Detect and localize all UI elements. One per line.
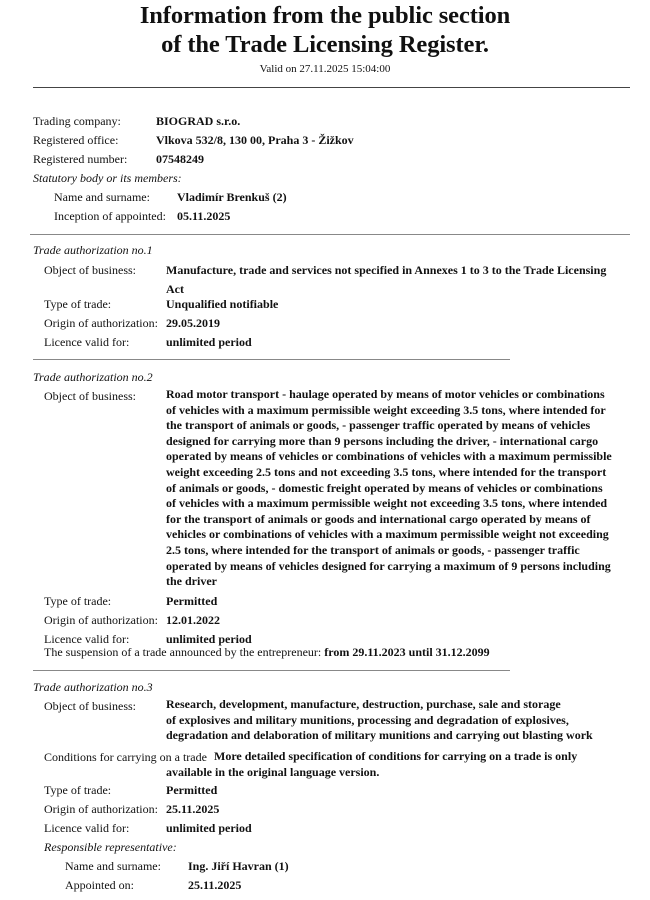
inception-label: Inception of appointed: — [54, 209, 166, 224]
type-of-trade-value: Unqualified notifiable — [166, 297, 278, 312]
statutory-body-label: Statutory body or its members: — [33, 171, 182, 186]
origin-value: 12.01.2022 — [166, 613, 220, 628]
section-divider — [30, 234, 630, 235]
origin-label: Origin of authorization: — [44, 316, 158, 331]
trading-company-value: BIOGRAD s.r.o. — [156, 114, 240, 129]
licence-label: Licence valid for: — [44, 821, 129, 836]
registered-number-value: 07548249 — [156, 152, 204, 167]
authorization-divider — [33, 359, 510, 360]
object-of-business-label: Object of business: — [44, 699, 136, 714]
header-divider — [33, 87, 630, 88]
registered-number-label: Registered number: — [33, 152, 127, 167]
object-of-business-value: Manufacture, trade and services not spec… — [166, 261, 636, 299]
object-of-business-label: Object of business: — [44, 389, 136, 404]
rep-name-value: Ing. Jiří Havran (1) — [188, 859, 289, 874]
origin-label: Origin of authorization: — [44, 613, 158, 628]
origin-label: Origin of authorization: — [44, 802, 158, 817]
object-of-business-value: Road motor transport - haulage operated … — [166, 387, 636, 590]
inception-value: 05.11.2025 — [177, 209, 230, 224]
registered-office-value: Vlkova 532/8, 130 00, Praha 3 - Žižkov — [156, 133, 354, 148]
appointed-on-value: 25.11.2025 — [188, 878, 241, 893]
type-of-trade-value: Permitted — [166, 594, 217, 609]
authorization-heading: Trade authorization no.2 — [33, 370, 153, 385]
title-line-1: Information from the public section — [0, 1, 650, 30]
origin-value: 29.05.2019 — [166, 316, 220, 331]
type-of-trade-label: Type of trade: — [44, 297, 111, 312]
trading-company-label: Trading company: — [33, 114, 121, 129]
type-of-trade-value: Permitted — [166, 783, 217, 798]
appointed-on-label: Appointed on: — [65, 878, 134, 893]
licence-value: unlimited period — [166, 335, 252, 350]
authorization-divider — [33, 670, 510, 671]
member-name-value: Vladimír Brenkuš (2) — [177, 190, 287, 205]
suspension-row: The suspension of a trade announced by t… — [44, 645, 490, 660]
type-of-trade-label: Type of trade: — [44, 594, 111, 609]
authorization-heading: Trade authorization no.3 — [33, 680, 153, 695]
suspension-value: from 29.11.2023 until 31.12.2099 — [324, 645, 489, 659]
page-title: Information from the public section of t… — [0, 1, 650, 59]
title-line-2: of the Trade Licensing Register. — [0, 30, 650, 59]
licence-label: Licence valid for: — [44, 335, 129, 350]
object-of-business-value: Research, development, manufacture, dest… — [166, 697, 636, 744]
type-of-trade-label: Type of trade: — [44, 783, 111, 798]
conditions-value: More detailed specification of condition… — [166, 748, 636, 780]
authorization-heading: Trade authorization no.1 — [33, 243, 153, 258]
registered-office-label: Registered office: — [33, 133, 118, 148]
object-of-business-label: Object of business: — [44, 263, 136, 278]
valid-on-timestamp: Valid on 27.11.2025 15:04:00 — [0, 62, 650, 76]
origin-value: 25.11.2025 — [166, 802, 219, 817]
member-name-label: Name and surname: — [54, 190, 150, 205]
responsible-representative-label: Responsible representative: — [44, 840, 177, 855]
rep-name-label: Name and surname: — [65, 859, 161, 874]
suspension-label: The suspension of a trade announced by t… — [44, 645, 321, 659]
licence-value: unlimited period — [166, 821, 252, 836]
